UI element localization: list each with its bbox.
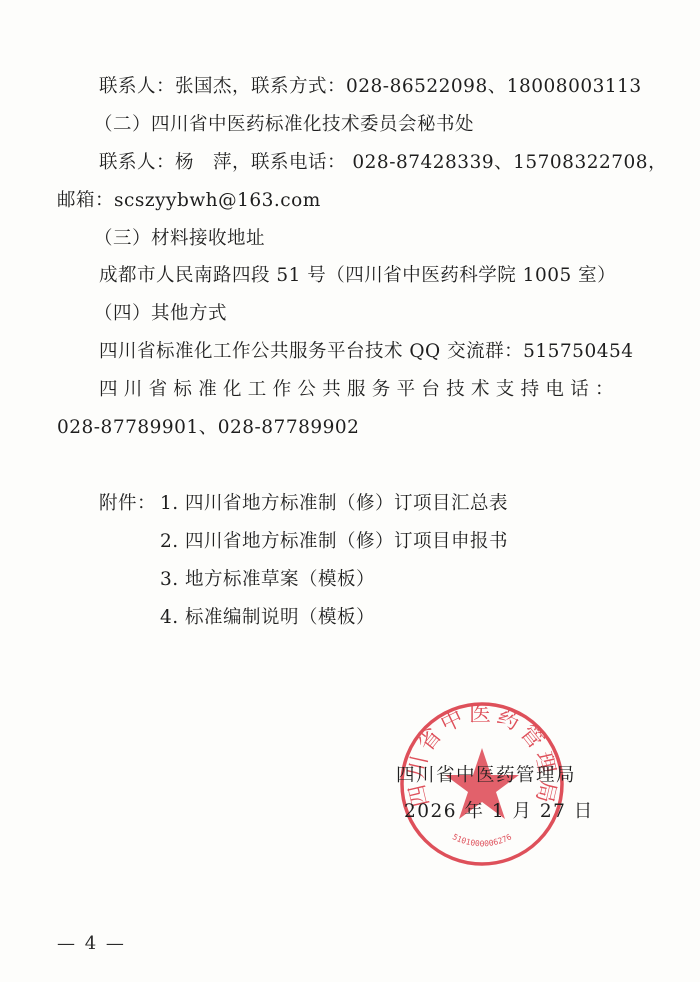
attachments-label: 附件：: [99, 492, 156, 516]
support-phone-label: 四川省标准化工作公共服务平台技术支持电话：: [99, 378, 620, 402]
svg-text:5101000006276: 5101000006276: [451, 832, 513, 848]
attachment-item: 1. 四川省地方标准制（修）订项目汇总表: [160, 492, 508, 516]
receiving-address: 成都市人民南路四段 51 号（四川省中医药科学院 1005 室）: [99, 264, 616, 288]
issuer-name: 四川省中医药管理局: [396, 764, 576, 788]
section-2-heading: （二）四川省中医药标准化技术委员会秘书处: [94, 113, 474, 137]
section-3-heading: （三）材料接收地址: [94, 227, 265, 251]
attachment-item: 2. 四川省地方标准制（修）订项目申报书: [160, 530, 508, 554]
attachment-item: 4. 标准编制说明（模板）: [160, 606, 375, 630]
attachment-item: 3. 地方标准草案（模板）: [160, 568, 375, 592]
support-phone-numbers: 028-87789901、028-87789902: [57, 416, 359, 440]
contact-line-yang: 联系人：杨 萍，联系电话： 028-87428339、15708322708，: [99, 151, 667, 175]
page-number: — 4 —: [57, 932, 126, 956]
contact-email: 邮箱：scszyybwh@163.com: [57, 189, 321, 213]
contact-line-zhang: 联系人：张国杰，联系方式：028-86522098、18008003113: [99, 75, 642, 99]
document-page: 联系人：张国杰，联系方式：028-86522098、18008003113 （二…: [0, 0, 700, 982]
section-4-heading: （四）其他方式: [94, 302, 227, 326]
qq-group-line: 四川省标准化工作公共服务平台技术 QQ 交流群：515750454: [99, 340, 634, 364]
issue-date: 2026 年 1 月 27 日: [404, 800, 594, 824]
